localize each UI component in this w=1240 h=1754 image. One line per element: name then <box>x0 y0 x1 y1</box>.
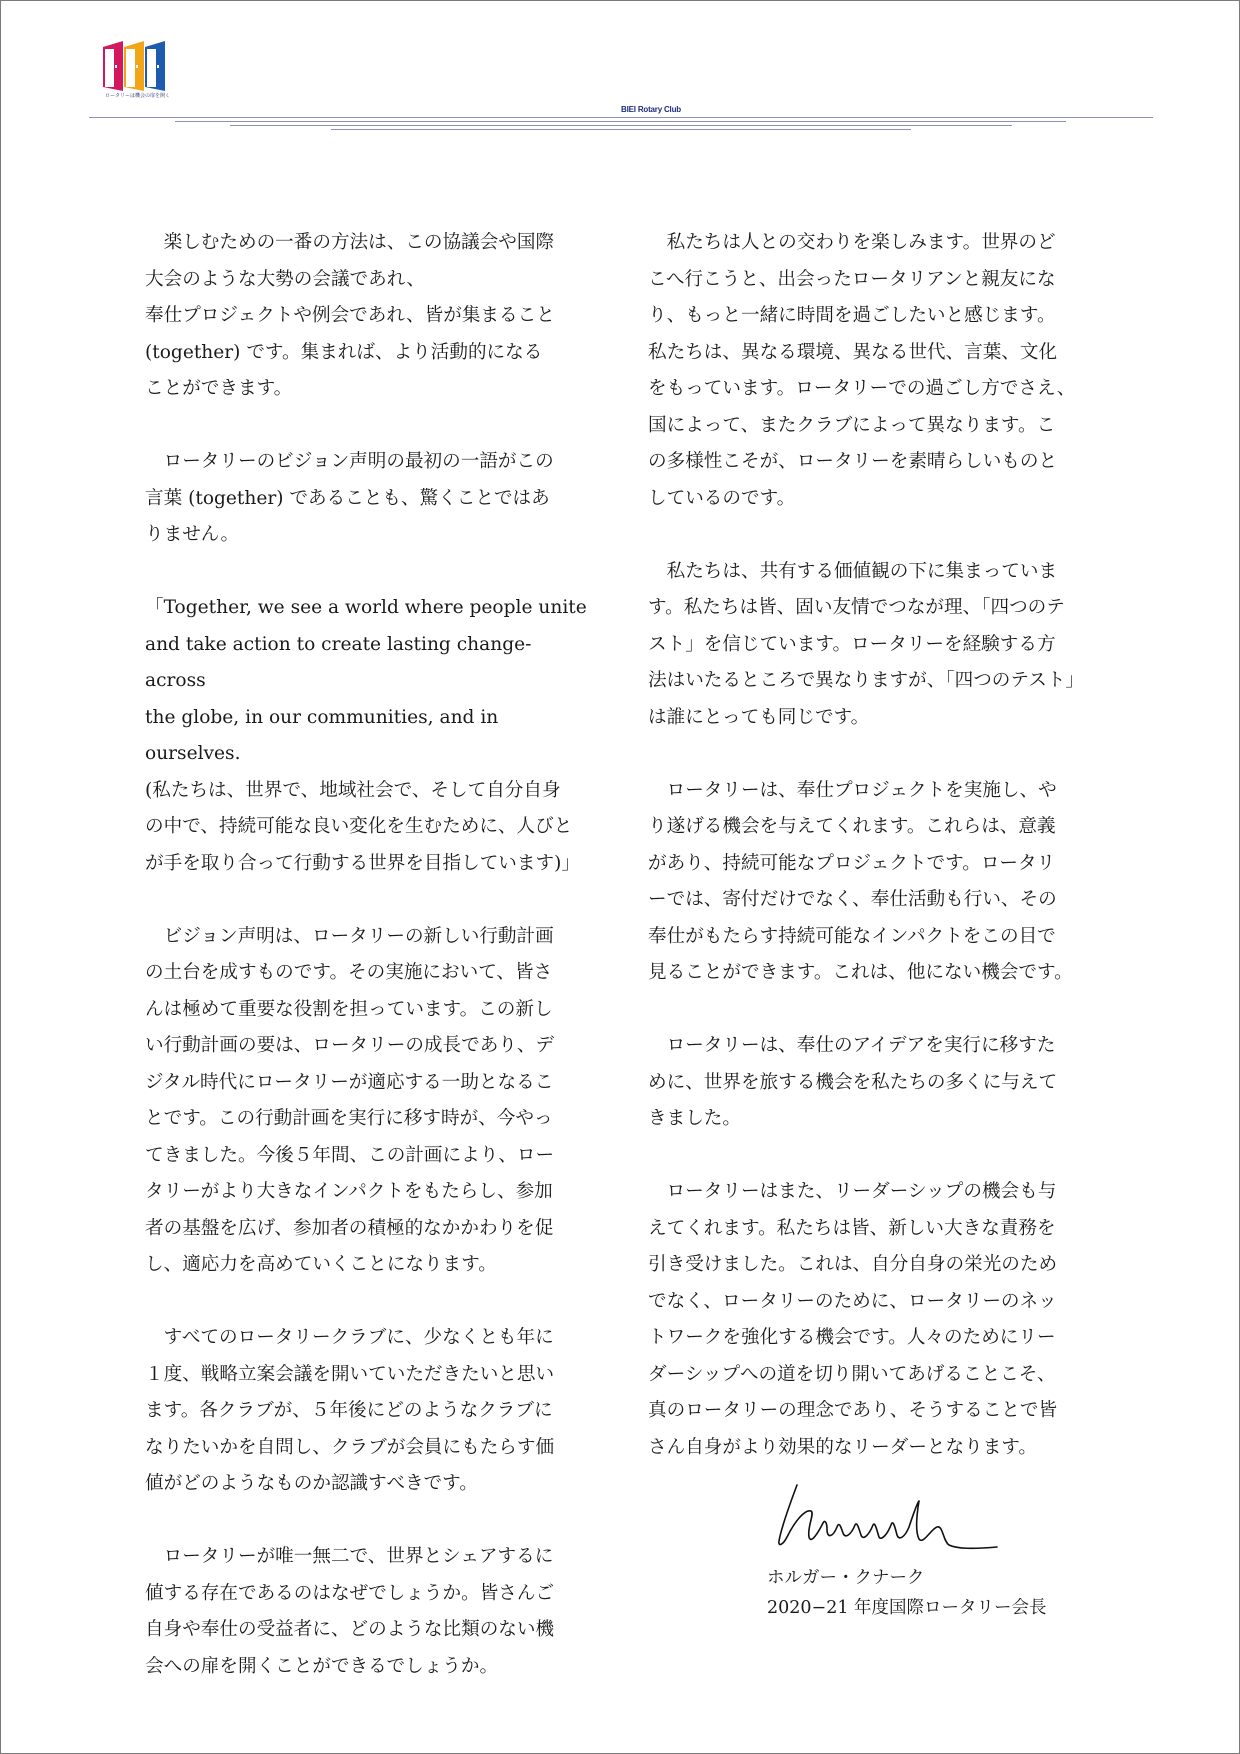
paragraph: ロータリーのビジョン声明の最初の一語がこの 言葉 (together) であるこ… <box>145 444 589 554</box>
header-rule-4 <box>331 129 911 130</box>
paragraph: 私たちは、共有する価値観の下に集まっていま す。私たちは皆、固い友情でつなが理、… <box>648 554 1104 737</box>
paragraph: ロータリーはまた、リーダーシップの機会も与 えてくれます。私たちは皆、新しい大き… <box>648 1174 1104 1466</box>
left-column: 楽しむための一番の方法は、この協議会や国際 大会のような大勢の会議であれ、 奉仕… <box>145 225 589 1722</box>
logo-caption: ロータリーは機会の扉を開く <box>105 92 170 99</box>
paragraph: 楽しむための一番の方法は、この協議会や国際 大会のような大勢の会議であれ、 奉仕… <box>145 225 589 408</box>
header-rule-1 <box>89 117 1153 118</box>
right-column: 私たちは人との交わりを楽しみます。世界のど こへ行こうと、出会ったロータリアンと… <box>648 225 1104 1503</box>
paragraph: 私たちは人との交わりを楽しみます。世界のど こへ行こうと、出会ったロータリアンと… <box>648 225 1104 517</box>
vision-statement-quote: 「Together, we see a world where people u… <box>145 590 589 882</box>
header-rule-2 <box>175 121 1066 122</box>
paragraph: ロータリーは、奉仕プロジェクトを実施し、や り遂げる機会を与えてくれます。これら… <box>648 773 1104 992</box>
paragraph: すべてのロータリークラブに、少なくとも年に １度、戦略立案会議を開いていただきた… <box>145 1320 589 1503</box>
rotary-doors-logo-icon <box>101 39 177 99</box>
paragraph: ビジョン声明は、ロータリーの新しい行動計画 の土台を成すものです。その実施におい… <box>145 919 589 1284</box>
handwritten-signature-icon <box>767 1479 1107 1559</box>
document-page: ロータリーは機会の扉を開く BIEI Rotary Club 楽しむための一番の… <box>0 0 1240 1754</box>
signatory-title: 2020−21 年度国際ロータリー会長 <box>767 1593 1107 1623</box>
club-name: BIEI Rotary Club <box>581 105 721 114</box>
paragraph: ロータリーは、奉仕のアイデアを実行に移すた めに、世界を旅する機会を私たちの多く… <box>648 1028 1104 1138</box>
header-rule-3 <box>230 125 1012 126</box>
paragraph: ロータリーが唯一無二で、世界とシェアするに 値する存在であるのはなぜでしょうか。… <box>145 1539 589 1685</box>
signatory-name: ホルガー・クナーク <box>767 1563 1107 1593</box>
signature-block: ホルガー・クナーク 2020−21 年度国際ロータリー会長 <box>767 1479 1107 1623</box>
